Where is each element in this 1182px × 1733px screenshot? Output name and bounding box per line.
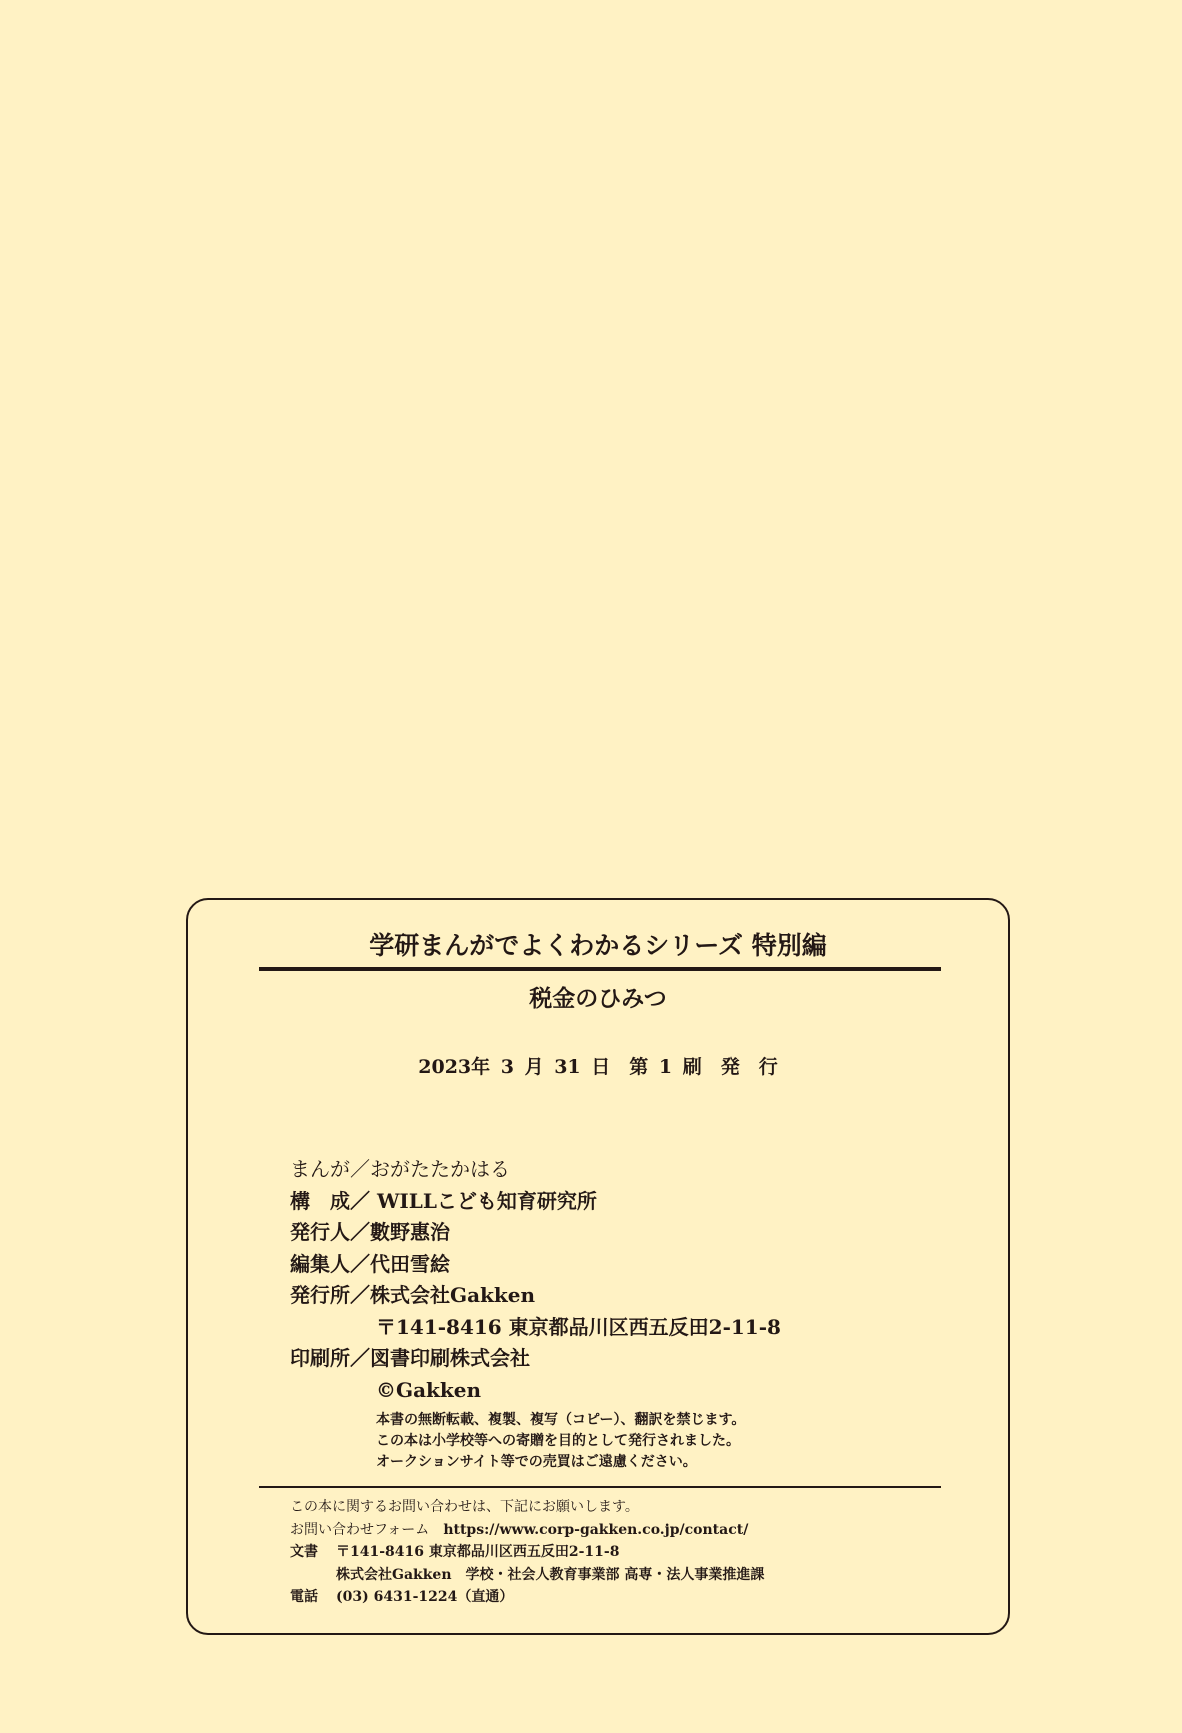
credit-role: 発行所／ (290, 1280, 370, 1312)
document-label: 文書 (290, 1541, 336, 1564)
contact-intro: この本に関するお問い合わせは、下記にお願いします。 (290, 1496, 764, 1519)
document-department: 株式会社Gakken 学校・社会人教育事業部 高専・法人事業推進課 (290, 1564, 764, 1587)
credit-publishing-house: 発行所／株式会社Gakken (290, 1280, 781, 1312)
notice-line: この本は小学校等への寄贈を目的として発行されました。 (376, 1431, 745, 1452)
credit-name: 株式会社Gakken (370, 1283, 535, 1307)
contact-form-row: お問い合わせフォーム https://www.corp-gakken.co.jp… (290, 1519, 764, 1542)
colophon-box: 学研まんがでよくわかるシリーズ 特別編 税金のひみつ 2023年 3 月 31 … (186, 898, 1010, 1635)
contact-divider (259, 1486, 941, 1488)
legal-notices: 本書の無断転載、複製、複写（コピー）、翻訳を禁じます。 この本は小学校等への寄贈… (376, 1410, 745, 1473)
book-title: 税金のひみつ (188, 980, 1008, 1013)
credit-copyright: ©Gakken (290, 1375, 781, 1407)
series-title: 学研まんがでよくわかるシリーズ 特別編 (188, 926, 1008, 962)
phone-label: 電話 (290, 1586, 336, 1609)
credit-role: まんが／ (290, 1154, 370, 1186)
contact-info: この本に関するお問い合わせは、下記にお願いします。 お問い合わせフォーム htt… (290, 1496, 764, 1609)
credit-name: おがたたかはる (370, 1157, 510, 1181)
credit-manga: まんが／おがたたかはる (290, 1154, 781, 1186)
credit-name: WILLこども知育研究所 (370, 1189, 597, 1213)
title-divider (259, 967, 941, 971)
contact-phone-row: 電話(03) 6431-1224（直通） (290, 1586, 764, 1609)
document-address: 〒141-8416 東京都品川区西五反田2-11-8 (336, 1544, 619, 1560)
credit-name: 図書印刷株式会社 (370, 1346, 530, 1370)
credit-name: 數野惠治 (370, 1220, 450, 1244)
credit-name: 代田雪絵 (370, 1252, 450, 1276)
credit-composition: 構 成／ WILLこども知育研究所 (290, 1186, 781, 1218)
credit-role: 構 成／ (290, 1186, 370, 1218)
credit-name: ©Gakken (376, 1378, 481, 1402)
contact-document-row: 文書〒141-8416 東京都品川区西五反田2-11-8 (290, 1541, 764, 1564)
credit-role: 編集人／ (290, 1249, 370, 1281)
credit-name: 〒141-8416 東京都品川区西五反田2-11-8 (376, 1315, 781, 1339)
phone-number: (03) 6431-1224（直通） (336, 1589, 513, 1605)
notice-line: オークションサイト等での売買はご遠慮ください。 (376, 1452, 745, 1473)
credits-list: まんが／おがたたかはる 構 成／ WILLこども知育研究所 発行人／數野惠治 編… (290, 1154, 781, 1406)
credit-publisher-person: 発行人／數野惠治 (290, 1217, 781, 1249)
contact-form-label: お問い合わせフォーム (290, 1522, 429, 1538)
notice-line: 本書の無断転載、複製、複写（コピー）、翻訳を禁じます。 (376, 1410, 745, 1431)
contact-form-url[interactable]: https://www.corp-gakken.co.jp/contact/ (443, 1522, 748, 1538)
credit-publisher-address: 〒141-8416 東京都品川区西五反田2-11-8 (290, 1312, 781, 1344)
publication-date: 2023年 3 月 31 日 第 1 刷 発 行 (188, 1052, 1008, 1079)
credit-printer: 印刷所／図書印刷株式会社 (290, 1343, 781, 1375)
credit-role: 印刷所／ (290, 1343, 370, 1375)
credit-editor: 編集人／代田雪絵 (290, 1249, 781, 1281)
credit-role: 発行人／ (290, 1217, 370, 1249)
